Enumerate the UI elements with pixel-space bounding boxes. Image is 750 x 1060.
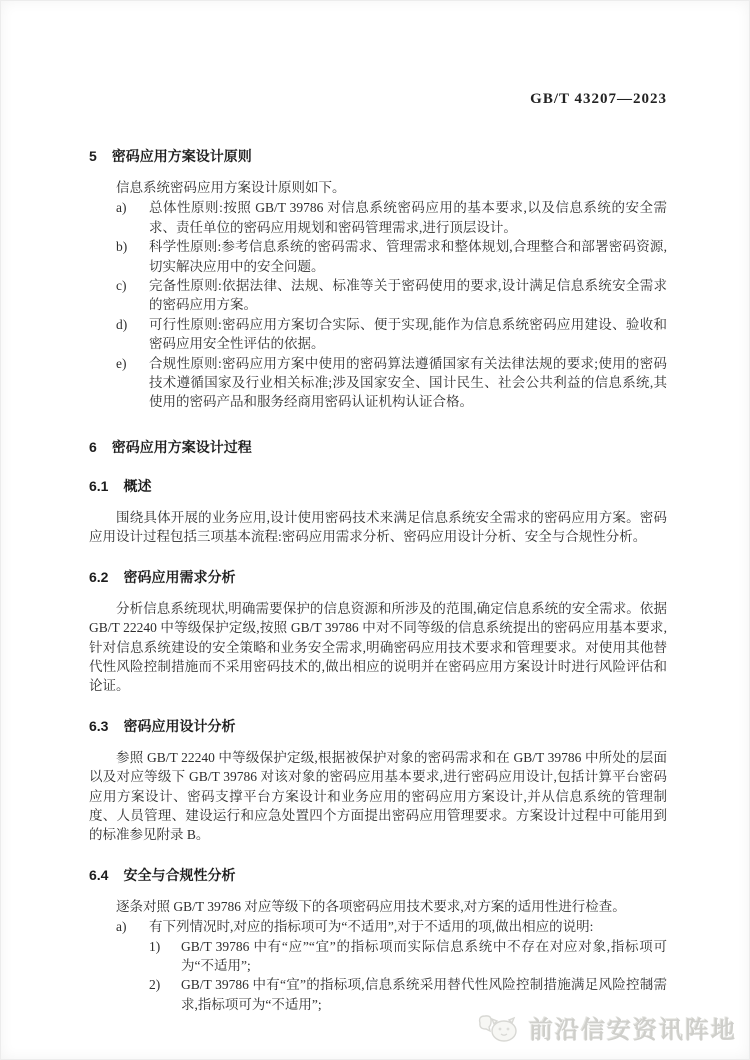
section-6-3-title: 密码应用设计分析 (123, 717, 235, 735)
list-text: 可行性原则:密码应用方案切合实际、便于实现,能作为信息系统密码应用建设、验收和密… (149, 315, 667, 354)
watermark-logo-icon (477, 1013, 521, 1043)
section-5-list: a) 总体性原则:按照 GB/T 39786 对信息系统密码应用的基本要求,以及… (89, 198, 667, 411)
section-6-4-title: 安全与合规性分析 (123, 866, 235, 884)
section-6-1-paragraph: 围绕具体开展的业务应用,设计使用密码技术来满足信息系统安全需求的密码应用方案。密… (89, 508, 667, 547)
list-text: 完备性原则:依据法律、法规、标准等关于密码使用的要求,设计满足信息系统安全需求的… (149, 276, 667, 315)
section-6-1-title: 概述 (123, 477, 151, 495)
list-text: GB/T 39786 中有“应”“宜”的指标项而实际信息系统中不存在对应对象,指… (181, 937, 667, 976)
list-marker: 1) (149, 937, 181, 956)
section-5-intro: 信息系统密码应用方案设计原则如下。 (89, 178, 667, 197)
section-6-4-number: 6.4 (89, 866, 108, 884)
watermark-text: 前沿信安资讯阵地 (529, 1010, 737, 1045)
section-5-title: 密码应用方案设计原则 (112, 147, 252, 165)
list-item-a: a) 总体性原则:按照 GB/T 39786 对信息系统密码应用的基本要求,以及… (89, 198, 667, 237)
sublist-item-1: 1) GB/T 39786 中有“应”“宜”的指标项而实际信息系统中不存在对应对… (89, 937, 667, 976)
list-marker: b) (116, 237, 149, 256)
section-5-number: 5 (89, 147, 97, 165)
list-marker: a) (116, 198, 149, 217)
page-number: 3 (647, 978, 653, 993)
list-marker: e) (116, 354, 149, 373)
list-marker: d) (116, 315, 149, 334)
list-item-a: a) 有下列情况时,对应的指标项可为“不适用”,对于不适用的项,做出相应的说明: (89, 917, 667, 936)
section-6-1-number: 6.1 (89, 477, 108, 495)
section-6-3-number: 6.3 (89, 717, 108, 735)
list-text: 有下列情况时,对应的指标项可为“不适用”,对于不适用的项,做出相应的说明: (149, 917, 667, 936)
section-6-4-heading: 6.4 安全与合规性分析 (89, 866, 667, 884)
section-6-number: 6 (89, 438, 97, 456)
document-content: 5 密码应用方案设计原则 信息系统密码应用方案设计原则如下。 a) 总体性原则:… (89, 1, 667, 1014)
list-item-c: c) 完备性原则:依据法律、法规、标准等关于密码使用的要求,设计满足信息系统安全… (89, 276, 667, 315)
section-6-heading: 6 密码应用方案设计过程 (89, 438, 667, 456)
section-6-2-title: 密码应用需求分析 (123, 568, 235, 586)
list-marker: 2) (149, 975, 181, 994)
list-text: 合规性原则:密码应用方案中使用的密码算法遵循国家有关法律法规的要求;使用的密码技… (149, 354, 667, 412)
section-6-3-paragraph: 参照 GB/T 22240 中等级保护定级,根据被保护对象的密码需求和在 GB/… (89, 748, 667, 845)
section-6-4-list: a) 有下列情况时,对应的指标项可为“不适用”,对于不适用的项,做出相应的说明:… (89, 917, 667, 1014)
section-6-2-paragraph: 分析信息系统现状,明确需要保护的信息资源和所涉及的范围,确定信息系统的安全需求。… (89, 599, 667, 696)
list-marker: a) (116, 917, 149, 936)
watermark: 前沿信安资讯阵地 (477, 1010, 737, 1045)
sublist-item-2: 2) GB/T 39786 中有“宜”的指标项,信息系统采用替代性风险控制措施满… (89, 975, 667, 1014)
list-text: 总体性原则:按照 GB/T 39786 对信息系统密码应用的基本要求,以及信息系… (149, 198, 667, 237)
list-text: 科学性原则:参考信息系统的密码需求、管理需求和整体规划,合理整合和部署密码资源,… (149, 237, 667, 276)
list-item-d: d) 可行性原则:密码应用方案切合实际、便于实现,能作为信息系统密码应用建设、验… (89, 315, 667, 354)
list-item-e: e) 合规性原则:密码应用方案中使用的密码算法遵循国家有关法律法规的要求;使用的… (89, 354, 667, 412)
list-item-b: b) 科学性原则:参考信息系统的密码需求、管理需求和整体规划,合理整合和部署密码… (89, 237, 667, 276)
section-6-3-heading: 6.3 密码应用设计分析 (89, 717, 667, 735)
list-text: GB/T 39786 中有“宜”的指标项,信息系统采用替代性风险控制措施满足风险… (181, 975, 667, 1014)
section-6-2-number: 6.2 (89, 568, 108, 586)
section-6-2-heading: 6.2 密码应用需求分析 (89, 568, 667, 586)
section-5-heading: 5 密码应用方案设计原则 (89, 147, 667, 165)
section-6-4-paragraph: 逐条对照 GB/T 39786 对应等级下的各项密码应用技术要求,对方案的适用性… (89, 897, 667, 916)
list-marker: c) (116, 276, 149, 295)
section-6-1-heading: 6.1 概述 (89, 477, 667, 495)
section-6-title: 密码应用方案设计过程 (112, 438, 252, 456)
document-page: GB/T 43207—2023 5 密码应用方案设计原则 信息系统密码应用方案设… (0, 0, 750, 1060)
